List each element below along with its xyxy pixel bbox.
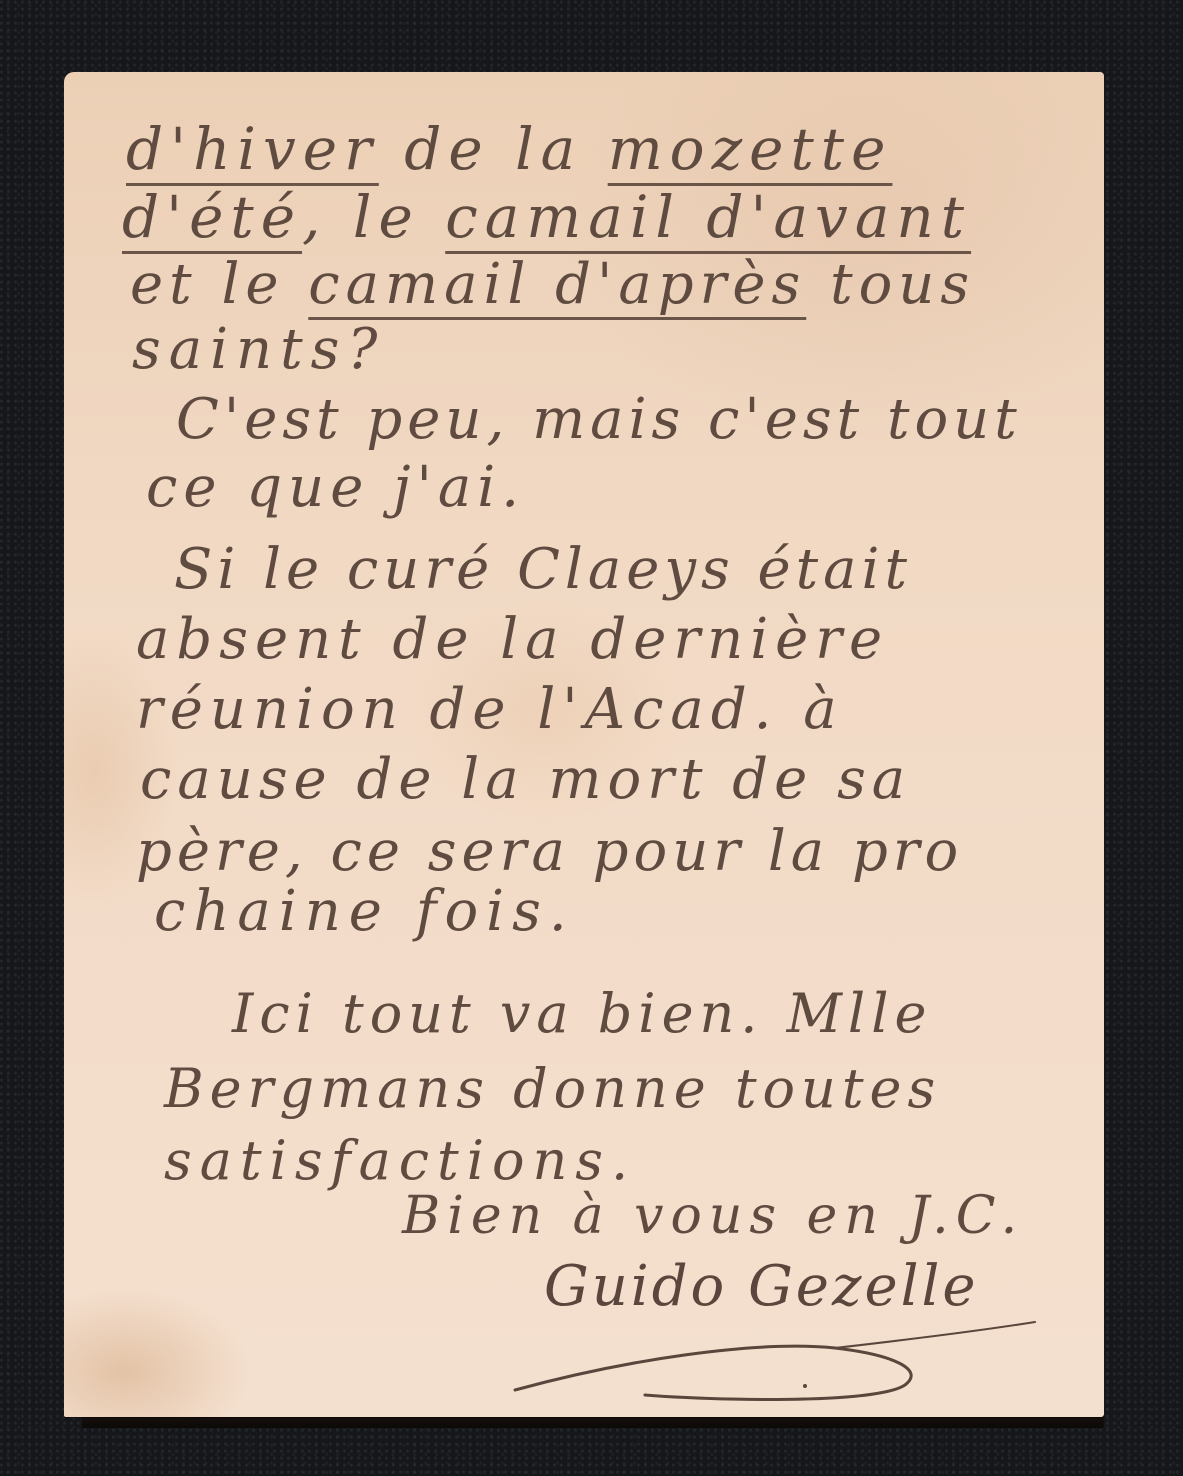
text-segment: C'est peu, mais c'est tout xyxy=(176,387,1022,452)
text-segment: Bergmans donne toutes xyxy=(164,1057,941,1120)
letter-line-14: Bergmans donne toutes xyxy=(164,1062,941,1116)
letter-line-15: satisfactions. xyxy=(164,1134,636,1188)
underlined-word: camail d'avant xyxy=(445,183,971,251)
text-segment: saints? xyxy=(132,317,385,382)
letter-line-3: et le camail d'après tous xyxy=(130,257,975,313)
text-segment: satisfactions. xyxy=(164,1129,636,1192)
letter-page: d'hiver de la mozette d'été, le camail d… xyxy=(64,72,1104,1417)
letter-line-8: absent de la dernière xyxy=(136,612,889,668)
letter-line-2: d'été, le camail d'avant xyxy=(122,188,971,246)
underlined-word: camail d'après xyxy=(308,252,806,317)
letter-line-5: C'est peu, mais c'est tout xyxy=(176,392,1022,448)
underlined-word: d'été xyxy=(122,183,302,251)
underlined-word: mozette xyxy=(608,115,893,183)
letter-line-7: Si le curé Claeys était xyxy=(174,542,912,598)
letter-line-9: réunion de l'Acad. à xyxy=(136,682,844,738)
text-segment: Ici tout va bien. Mlle xyxy=(232,982,932,1045)
letter-line-1: d'hiver de la mozette xyxy=(126,120,892,178)
text-segment: Bien à vous en J.C. xyxy=(402,1186,1024,1246)
text-segment: père, ce sera pour la pro xyxy=(136,819,963,884)
text-segment: chaine fois. xyxy=(154,879,575,944)
text-segment: absent de la dernière xyxy=(136,607,889,672)
closing-line: Bien à vous en J.C. xyxy=(402,1190,1024,1242)
letter-line-12: chaine fois. xyxy=(154,884,575,940)
text-segment: réunion de l'Acad. à xyxy=(136,677,844,742)
text-segment: Si le curé Claeys était xyxy=(174,537,912,602)
text-segment: , le xyxy=(302,183,445,251)
letter-line-11: père, ce sera pour la pro xyxy=(136,824,963,880)
signature-flourish-icon xyxy=(505,1300,1045,1410)
text-segment: cause de la mort de sa xyxy=(140,747,911,812)
text-segment: et le xyxy=(130,252,308,317)
underlined-word: d'hiver xyxy=(126,115,379,183)
text-segment: de la xyxy=(379,115,608,183)
letter-line-13: Ici tout va bien. Mlle xyxy=(232,987,932,1041)
letter-line-4: saints? xyxy=(132,322,385,378)
letter-line-10: cause de la mort de sa xyxy=(140,752,911,808)
letter-line-6: ce que j'ai. xyxy=(146,460,525,516)
text-segment: ce que j'ai. xyxy=(146,455,525,520)
text-segment: tous xyxy=(806,252,975,317)
